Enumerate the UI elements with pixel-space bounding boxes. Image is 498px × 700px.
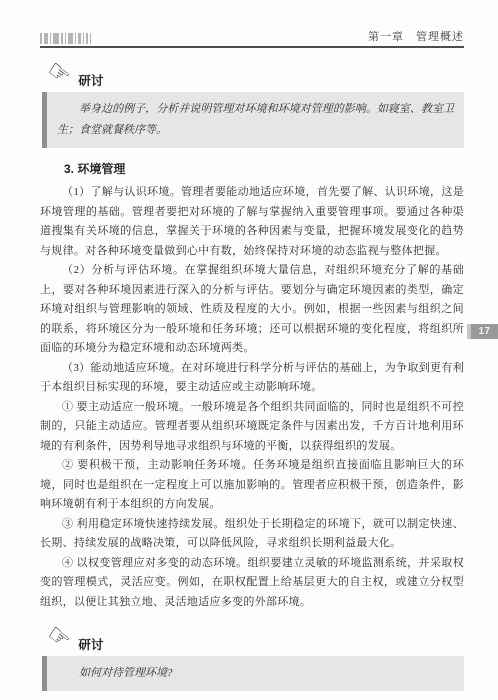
discussion-label: 研讨 [78, 635, 103, 653]
discussion-bottom: ☞ 研讨 如何对待管理环境? [40, 618, 464, 691]
body-paragraph: （3）能动地适应环境。在对环境进行科学分析与评估的基础上，为争取到更有利于本组织… [40, 359, 464, 398]
chapter-title: 第一章 管理概述 [368, 28, 464, 46]
discussion-bottom-header: ☞ 研讨 [46, 618, 464, 654]
discussion-top-box: 举身边的例子，分析并说明管理对环境和环境对管理的影响。如寝室、教室卫生；食堂就餐… [42, 92, 464, 148]
discussion-bottom-box: 如何对待管理环境? [42, 656, 464, 691]
discussion-top-header: ☞ 研讨 [46, 54, 464, 90]
section-heading: 3. 环境管理 [40, 160, 464, 177]
discussion-label: 研讨 [78, 71, 103, 89]
barcode-icon [40, 33, 91, 44]
discussion-top-text: 举身边的例子，分析并说明管理对环境和环境对管理的影响。如寝室、教室卫生；食堂就餐… [57, 99, 454, 141]
discussion-bottom-text: 如何对待管理环境? [57, 663, 454, 684]
body-paragraph: （2）分析与评估环境。在掌握组织环境大量信息，对组织环境充分了解的基础上，要对各… [40, 261, 464, 359]
page-number: 17 [478, 326, 490, 337]
page-number-tab: 17 [467, 324, 498, 339]
page-content: ☞ 研讨 举身边的例子，分析并说明管理对环境和环境对管理的影响。如寝室、教室卫生… [40, 52, 464, 691]
pointing-hand-icon: ☞ [43, 56, 76, 90]
running-head: 第一章 管理概述 [40, 29, 464, 48]
pointing-hand-icon: ☞ [43, 620, 76, 654]
body-paragraph: （1）了解与认识环境。管理者要能动地适应环境，首先要了解、认识环境，这是环境管理… [40, 183, 464, 261]
body-paragraph: ③ 利用稳定环境快速持续发展。组织处于长期稳定的环境下，就可以制定快速、长期、持… [40, 515, 464, 554]
body-paragraph: ① 要主动适应一般环境。一般环境是各个组织共同面临的，同时也是组织不可控制的，只… [40, 398, 464, 457]
body-paragraph: ④ 以权变管理应对多变的动态环境。组织要建立灵敏的环境监测系统，并采取权变的管理… [40, 554, 464, 613]
book-page: 第一章 管理概述 ☞ 研讨 举身边的例子，分析并说明管理对环境和环境对管理的影响… [0, 0, 498, 700]
body-paragraph: ② 要积极干预，主动影响任务环境。任务环境是组织直接面临且影响巨大的环境，同时也… [40, 456, 464, 515]
